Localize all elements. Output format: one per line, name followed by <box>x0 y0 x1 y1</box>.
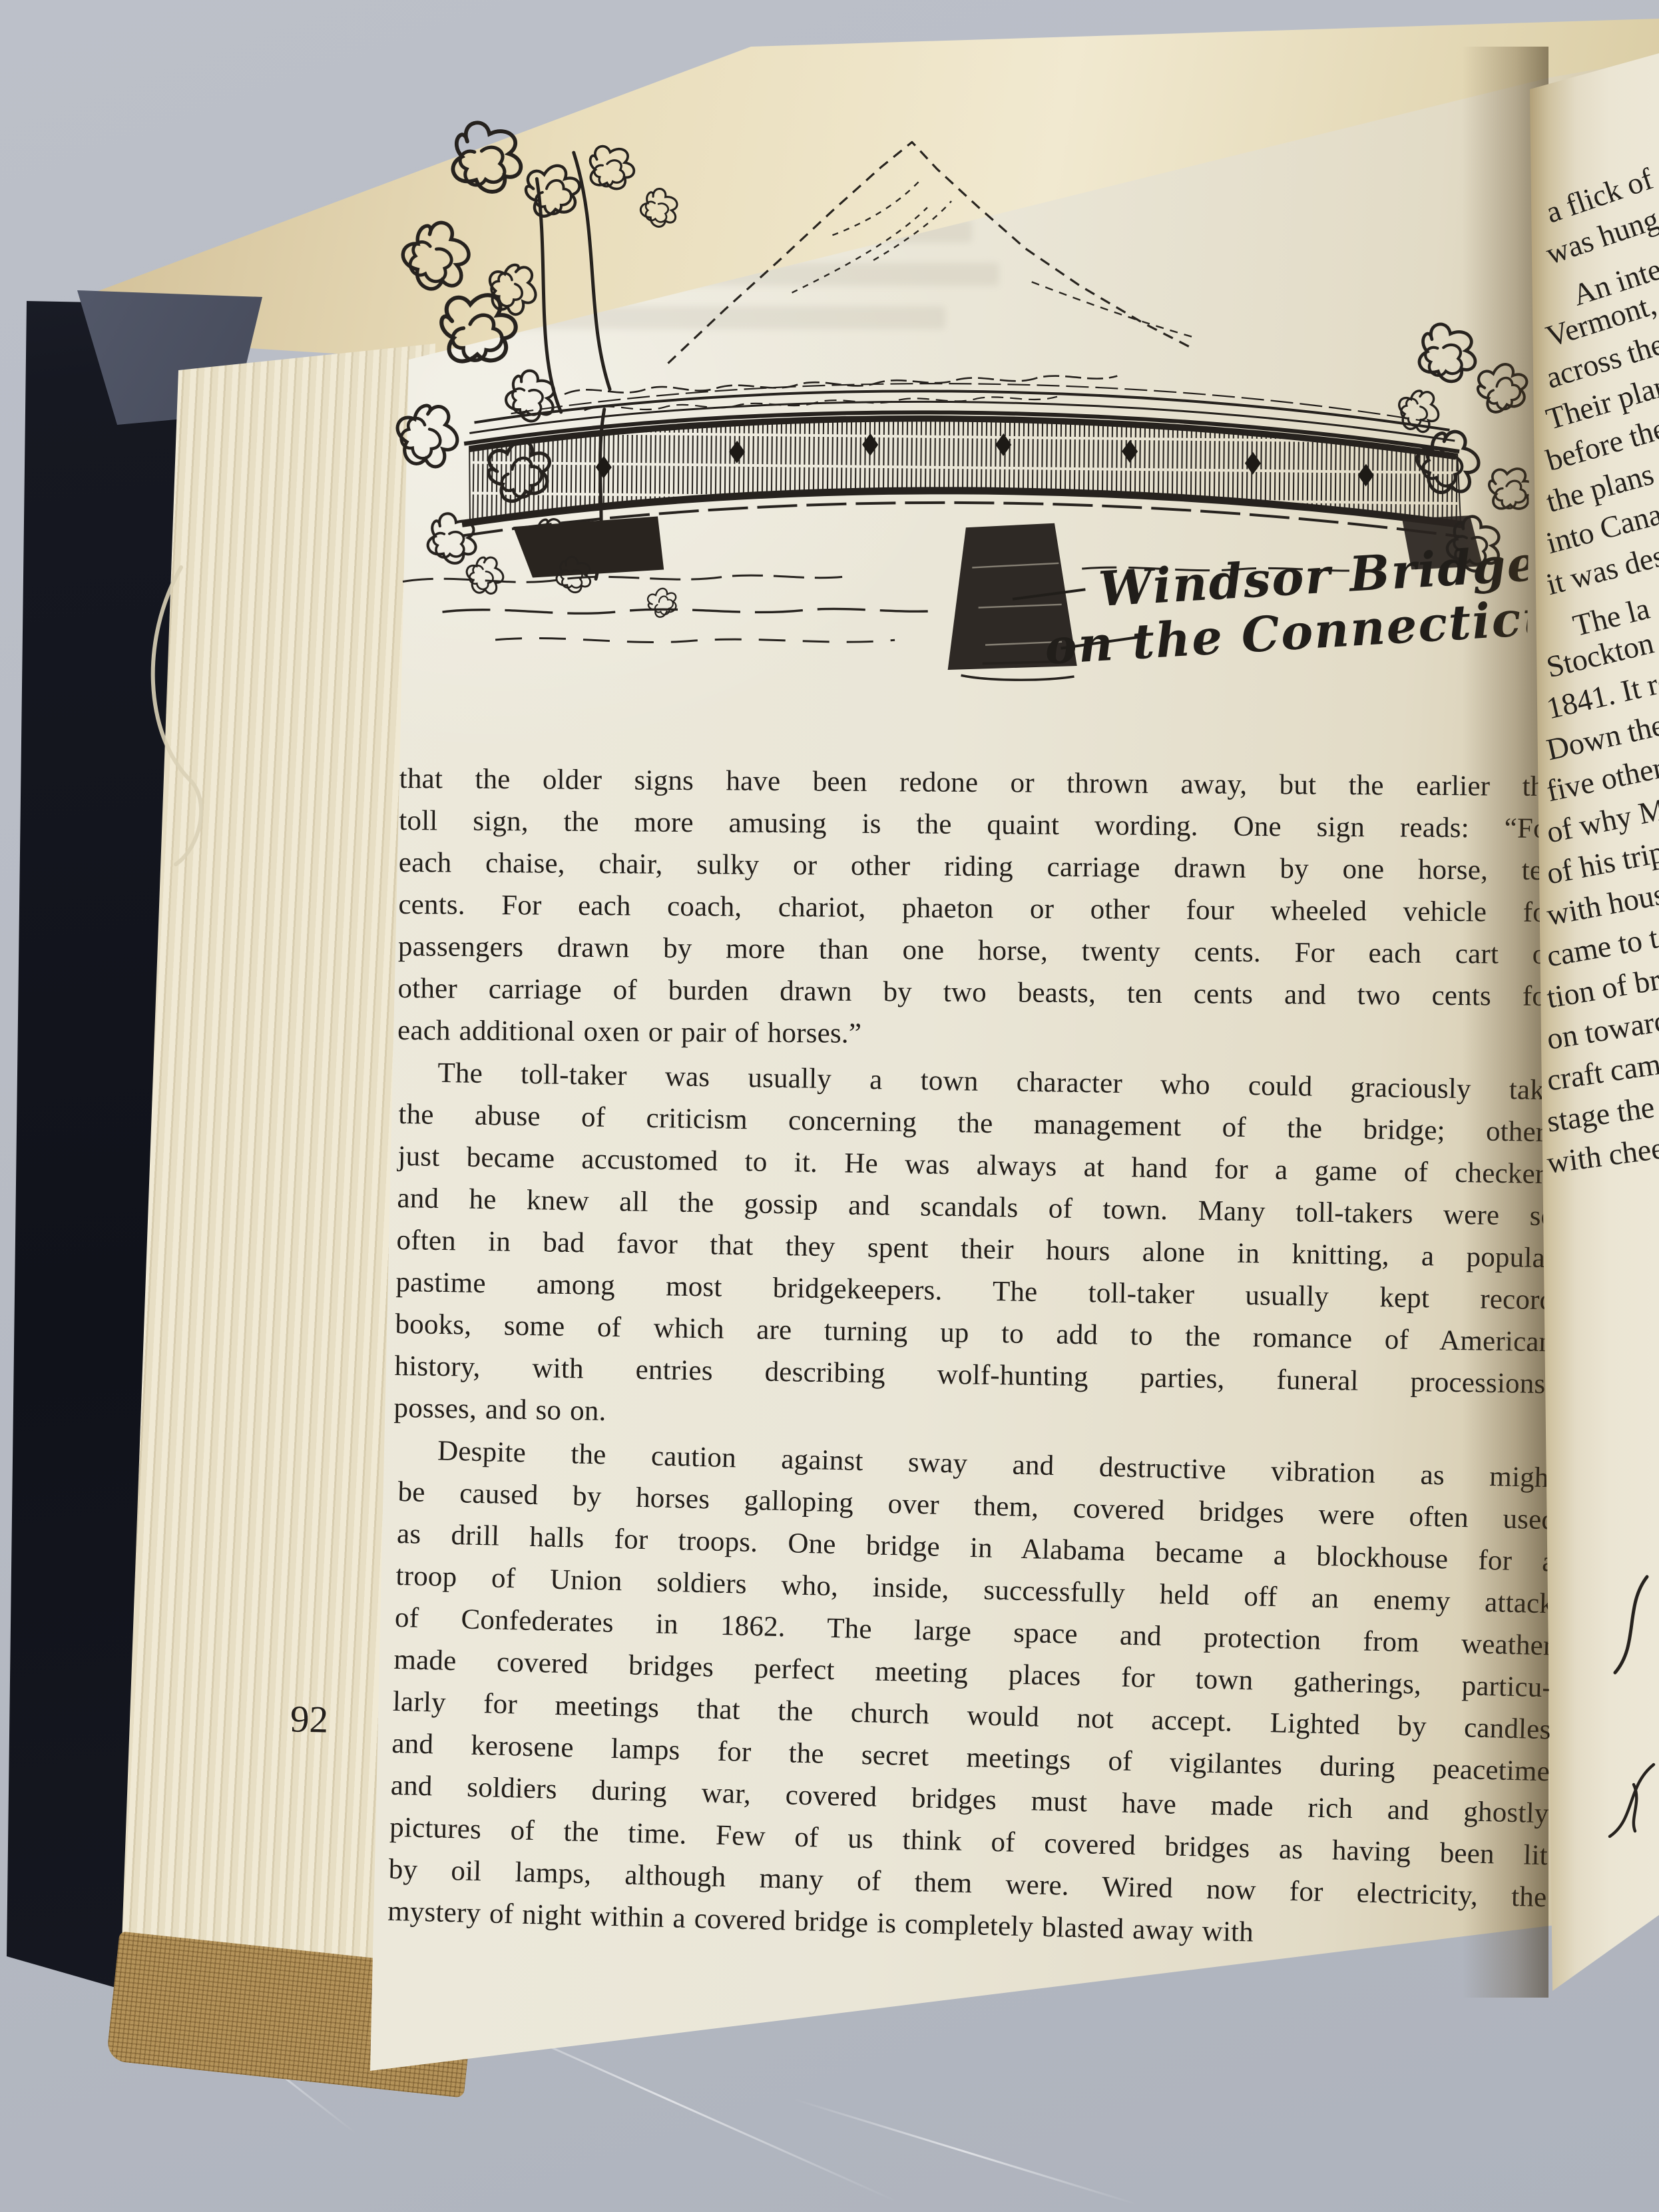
paragraph: Despite the caution against sway and des… <box>387 1429 1558 1960</box>
mountain <box>668 140 1194 369</box>
photo-background: { "photo": { "background_color": "#b8bcc… <box>0 0 1659 2212</box>
scratch-mark <box>793 2098 1137 2205</box>
right-page-ink-squiggle <box>1595 1565 1659 1844</box>
bookmark-wire <box>120 559 280 879</box>
bridge-illustration: Windsor Bridge on the Connecticut <box>361 94 1533 692</box>
paragraph: that the older signs have been redone or… <box>397 758 1558 1059</box>
right-page-text-fragment: stage the <box>1545 1092 1656 1137</box>
left-abutment <box>513 515 664 579</box>
right-page-text-fragment: craft cam <box>1545 1049 1659 1096</box>
page-text-block: that the older signs have been redone or… <box>399 758 1558 1932</box>
text-line: each additional oxen or pair of horses.” <box>397 1009 1556 1059</box>
paragraph: The toll-taker was usually a town charac… <box>393 1051 1558 1447</box>
right-page-text-fragment: with chee <box>1545 1133 1659 1179</box>
page-number: 92 <box>290 1697 328 1741</box>
illustration-caption: Windsor Bridge on the Connecticut <box>1011 532 1533 677</box>
